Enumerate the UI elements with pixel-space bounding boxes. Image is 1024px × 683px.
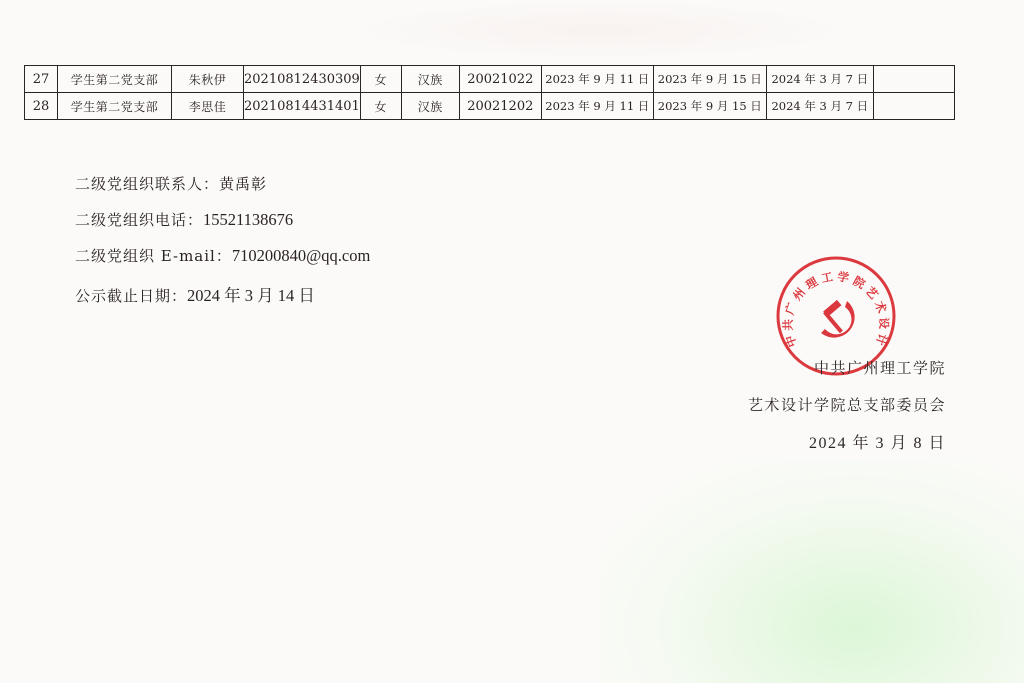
date2-cell: 2023 年 9 月 15 日: [653, 93, 766, 120]
student-id-cell: 20210812430309: [244, 66, 361, 93]
remark-cell: [873, 66, 954, 93]
name-cell: 李思佳: [172, 93, 244, 120]
deadline-value: 2024 年 3 月 14 日: [187, 286, 315, 305]
date3-cell: 2024 年 3 月 7 日: [766, 66, 873, 93]
ethnicity-cell: 汉族: [401, 66, 459, 93]
member-table: 27学生第二党支部朱秋伊20210812430309女汉族20021022202…: [24, 65, 955, 120]
birth-date-cell: 20021022: [459, 66, 541, 93]
table-row: 27学生第二党支部朱秋伊20210812430309女汉族20021022202…: [25, 66, 955, 93]
birth-date-cell: 20021202: [459, 93, 541, 120]
scan-tint: [350, 0, 850, 60]
table-row: 28学生第二党支部李思佳20210814431401女汉族20021202202…: [25, 93, 955, 120]
ethnicity-cell: 汉族: [401, 93, 459, 120]
email-line: 二级党组织 E-mail：710200840@qq.com: [75, 245, 370, 266]
email-value: 710200840@qq.com: [232, 246, 370, 265]
remark-cell: [873, 93, 954, 120]
hammer-sickle-icon: [821, 300, 855, 338]
deadline-line: 公示截止日期：2024 年 3 月 14 日: [75, 282, 315, 306]
signature-date: 2024 年 3 月 8 日: [809, 430, 946, 453]
branch-cell: 学生第二党支部: [58, 66, 172, 93]
name-cell: 朱秋伊: [172, 66, 244, 93]
deadline-label: 公示截止日期：: [75, 287, 187, 305]
date3-cell: 2024 年 3 月 7 日: [766, 93, 873, 120]
contact-person-value: 黄禹彰: [219, 175, 267, 193]
contact-person-label: 二级党组织联系人：: [75, 175, 219, 193]
gender-cell: 女: [360, 66, 401, 93]
date2-cell: 2023 年 9 月 15 日: [653, 66, 766, 93]
scan-tint-green: [600, 460, 1024, 683]
signature-line-1: 中共广州理工学院: [814, 357, 946, 378]
contact-person-line: 二级党组织联系人：黄禹彰: [75, 173, 267, 194]
gender-cell: 女: [360, 93, 401, 120]
email-label: 二级党组织 E-mail：: [75, 247, 232, 265]
student-id-cell: 20210814431401: [244, 93, 361, 120]
phone-value: 15521138676: [203, 210, 293, 229]
branch-cell: 学生第二党支部: [58, 93, 172, 120]
row-number: 28: [25, 93, 58, 120]
phone-label: 二级党组织电话：: [75, 211, 203, 229]
signature-line-2: 艺术设计学院总支部委员会: [748, 394, 946, 415]
date1-cell: 2023 年 9 月 11 日: [541, 66, 653, 93]
date1-cell: 2023 年 9 月 11 日: [541, 93, 653, 120]
phone-line: 二级党组织电话：15521138676: [75, 209, 293, 230]
row-number: 27: [25, 66, 58, 93]
